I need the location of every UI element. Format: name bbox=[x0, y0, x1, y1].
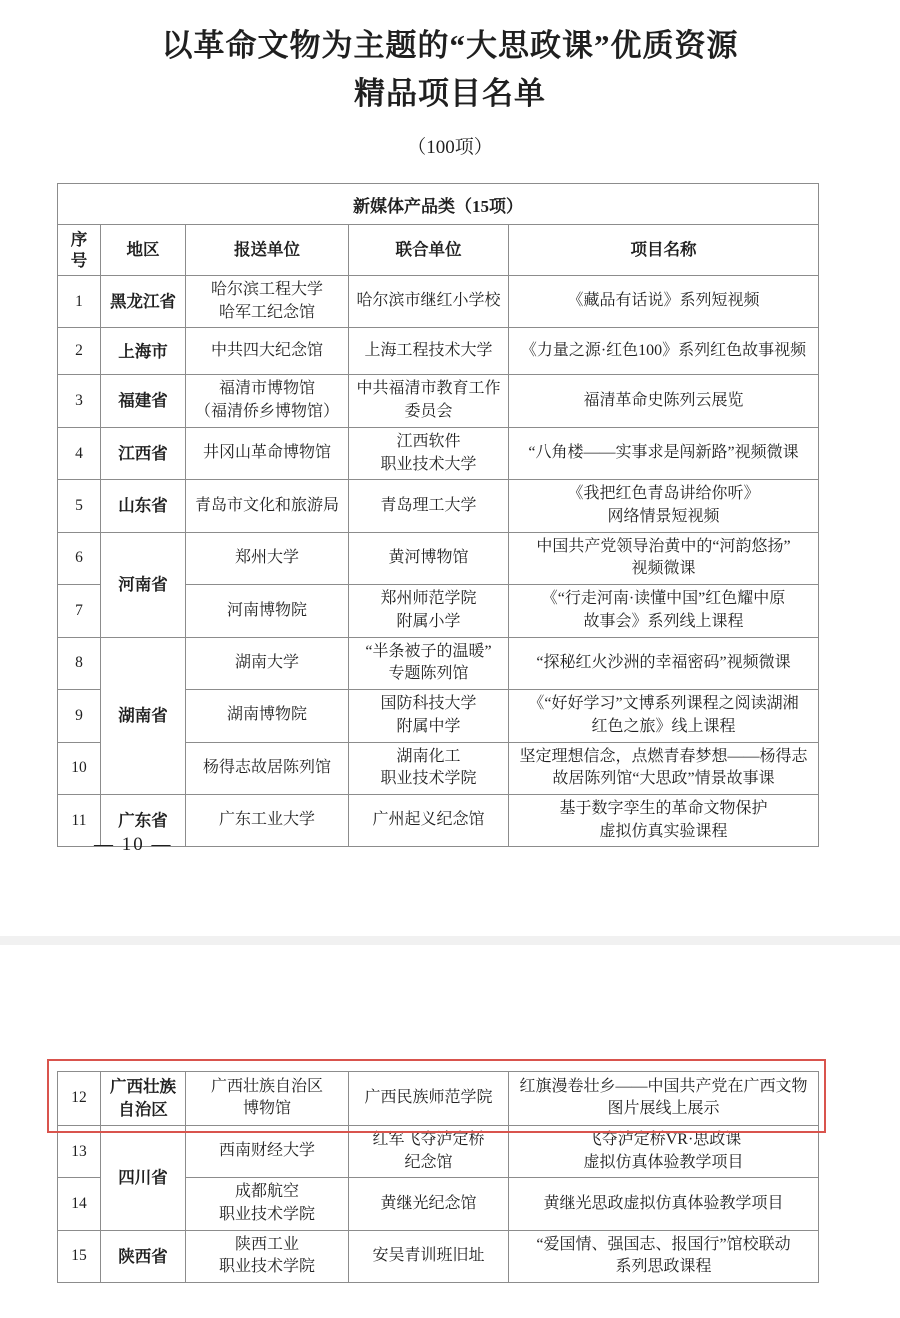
cell-project: 红旗漫卷壮乡——中国共产党在广西文物 图片展线上展示 bbox=[509, 1072, 819, 1126]
cell-joint: 安吴青训班旧址 bbox=[349, 1230, 509, 1282]
cell-project: 坚定理想信念，点燃青春梦想——杨得志 故居陈列馆“大思政”情景故事课 bbox=[509, 742, 819, 794]
cell-joint: 哈尔滨市继红小学校 bbox=[349, 276, 509, 328]
projects-table-page-10: 新媒体产品类（15项） 序 号 地区 报送单位 联合单位 项目名称 1黑龙江省哈… bbox=[57, 183, 819, 847]
cell-no: 6 bbox=[58, 532, 101, 584]
cell-no: 9 bbox=[58, 690, 101, 742]
cell-no: 12 bbox=[58, 1072, 101, 1126]
cell-no: 3 bbox=[58, 375, 101, 427]
cell-submit: 广东工业大学 bbox=[186, 794, 349, 846]
cell-region: 四川省 bbox=[101, 1125, 186, 1230]
column-header-no: 序 号 bbox=[58, 225, 101, 276]
cell-submit: 郑州大学 bbox=[186, 532, 349, 584]
cell-submit: 湖南博物院 bbox=[186, 690, 349, 742]
cell-joint: 广州起义纪念馆 bbox=[349, 794, 509, 846]
cell-project: 《力量之源·红色100》系列红色故事视频 bbox=[509, 328, 819, 375]
cell-submit: 河南博物院 bbox=[186, 585, 349, 637]
cell-no: 10 bbox=[58, 742, 101, 794]
cell-project: 中国共产党领导治黄中的“河韵悠扬” 视频微课 bbox=[509, 532, 819, 584]
cell-no: 8 bbox=[58, 637, 101, 689]
cell-joint: 江西软件 职业技术大学 bbox=[349, 427, 509, 479]
cell-project: 飞夺泸定桥VR·思政课 虚拟仿真体验教学项目 bbox=[509, 1125, 819, 1177]
cell-joint: 中共福清市教育工作 委员会 bbox=[349, 375, 509, 427]
cell-joint: 黄河博物馆 bbox=[349, 532, 509, 584]
cell-project: “八角楼——实事求是闯新路”视频微课 bbox=[509, 427, 819, 479]
table-row: 5山东省青岛市文化和旅游局青岛理工大学《我把红色青岛讲给你听》 网络情景短视频 bbox=[58, 480, 819, 532]
cell-submit: 福清市博物馆 （福清侨乡博物馆） bbox=[186, 375, 349, 427]
cell-joint: 广西民族师范学院 bbox=[349, 1072, 509, 1126]
doc-title-line2: 精品项目名单 bbox=[354, 76, 546, 111]
cell-region: 上海市 bbox=[101, 328, 186, 375]
cell-submit: 湖南大学 bbox=[186, 637, 349, 689]
projects-table-page-11: 12广西壮族 自治区广西壮族自治区 博物馆广西民族师范学院红旗漫卷壮乡——中国共… bbox=[57, 1071, 819, 1283]
column-header-joint-unit: 联合单位 bbox=[349, 225, 509, 276]
table-row: 4江西省井冈山革命博物馆江西软件 职业技术大学“八角楼——实事求是闯新路”视频微… bbox=[58, 427, 819, 479]
cell-no: 14 bbox=[58, 1178, 101, 1230]
cell-project: 福清革命史陈列云展览 bbox=[509, 375, 819, 427]
cell-submit: 青岛市文化和旅游局 bbox=[186, 480, 349, 532]
cell-region: 湖南省 bbox=[101, 637, 186, 794]
cell-joint: 国防科技大学 附属中学 bbox=[349, 690, 509, 742]
cell-region: 福建省 bbox=[101, 375, 186, 427]
cell-submit: 井冈山革命博物馆 bbox=[186, 427, 349, 479]
column-header-submit-unit: 报送单位 bbox=[186, 225, 349, 276]
column-header-row: 序 号 地区 报送单位 联合单位 项目名称 bbox=[58, 225, 819, 276]
cell-no: 5 bbox=[58, 480, 101, 532]
cell-project: 黄继光思政虚拟仿真体验教学项目 bbox=[509, 1178, 819, 1230]
cell-region: 山东省 bbox=[101, 480, 186, 532]
cell-joint: “半条被子的温暖” 专题陈列馆 bbox=[349, 637, 509, 689]
section-header: 新媒体产品类（15项） bbox=[58, 184, 819, 225]
doc-title: 以革命文物为主题的“大思政课”优质资源精品项目名单 bbox=[0, 22, 900, 118]
cell-no: 4 bbox=[58, 427, 101, 479]
cell-submit: 杨得志故居陈列馆 bbox=[186, 742, 349, 794]
cell-submit: 广西壮族自治区 博物馆 bbox=[186, 1072, 349, 1126]
cell-region: 黑龙江省 bbox=[101, 276, 186, 328]
table-row: 13四川省西南财经大学红军飞夺泸定桥 纪念馆飞夺泸定桥VR·思政课 虚拟仿真体验… bbox=[58, 1125, 819, 1177]
document-page: 以革命文物为主题的“大思政课”优质资源精品项目名单 （100项） 新媒体产品类（… bbox=[0, 0, 900, 1318]
column-header-project-name: 项目名称 bbox=[509, 225, 819, 276]
cell-project: “探秘红火沙洲的幸福密码”视频微课 bbox=[509, 637, 819, 689]
cell-joint: 郑州师范学院 附属小学 bbox=[349, 585, 509, 637]
cell-submit: 中共四大纪念馆 bbox=[186, 328, 349, 375]
cell-project: 《“行走河南·读懂中国”红色耀中原 故事会》系列线上课程 bbox=[509, 585, 819, 637]
cell-no: 15 bbox=[58, 1230, 101, 1282]
page-break-band bbox=[0, 936, 900, 945]
cell-region: 河南省 bbox=[101, 532, 186, 637]
cell-no: 7 bbox=[58, 585, 101, 637]
cell-submit: 哈尔滨工程大学 哈军工纪念馆 bbox=[186, 276, 349, 328]
cell-joint: 红军飞夺泸定桥 纪念馆 bbox=[349, 1125, 509, 1177]
cell-no: 13 bbox=[58, 1125, 101, 1177]
cell-joint: 黄继光纪念馆 bbox=[349, 1178, 509, 1230]
table-row: 8湖南省湖南大学“半条被子的温暖” 专题陈列馆“探秘红火沙洲的幸福密码”视频微课 bbox=[58, 637, 819, 689]
cell-joint: 青岛理工大学 bbox=[349, 480, 509, 532]
cell-project: 基于数字孪生的革命文物保护 虚拟仿真实验课程 bbox=[509, 794, 819, 846]
table-row: 15陕西省陕西工业 职业技术学院安吴青训班旧址“爱国情、强国志、报国行”馆校联动… bbox=[58, 1230, 819, 1282]
cell-project: 《我把红色青岛讲给你听》 网络情景短视频 bbox=[509, 480, 819, 532]
doc-title-line1: 以革命文物为主题的“大思政课”优质资源 bbox=[162, 28, 739, 63]
doc-subtitle: （100项） bbox=[0, 132, 900, 159]
cell-region: 陕西省 bbox=[101, 1230, 186, 1282]
cell-submit: 西南财经大学 bbox=[186, 1125, 349, 1177]
cell-submit: 成都航空 职业技术学院 bbox=[186, 1178, 349, 1230]
cell-project: 《“好好学习”文博系列课程之阅读湖湘 红色之旅》线上课程 bbox=[509, 690, 819, 742]
table-row: 6河南省郑州大学黄河博物馆中国共产党领导治黄中的“河韵悠扬” 视频微课 bbox=[58, 532, 819, 584]
column-header-region: 地区 bbox=[101, 225, 186, 276]
cell-project: 《藏品有话说》系列短视频 bbox=[509, 276, 819, 328]
cell-region: 广西壮族 自治区 bbox=[101, 1072, 186, 1126]
cell-submit: 陕西工业 职业技术学院 bbox=[186, 1230, 349, 1282]
cell-no: 1 bbox=[58, 276, 101, 328]
cell-no: 2 bbox=[58, 328, 101, 375]
cell-project: “爱国情、强国志、报国行”馆校联动 系列思政课程 bbox=[509, 1230, 819, 1282]
cell-joint: 湖南化工 职业技术学院 bbox=[349, 742, 509, 794]
table-row: 2上海市中共四大纪念馆上海工程技术大学《力量之源·红色100》系列红色故事视频 bbox=[58, 328, 819, 375]
section-header-row: 新媒体产品类（15项） bbox=[58, 184, 819, 225]
table-row: 1黑龙江省哈尔滨工程大学 哈军工纪念馆哈尔滨市继红小学校《藏品有话说》系列短视频 bbox=[58, 276, 819, 328]
page-number: — 10 — bbox=[94, 834, 173, 856]
cell-joint: 上海工程技术大学 bbox=[349, 328, 509, 375]
cell-region: 江西省 bbox=[101, 427, 186, 479]
table-row-highlighted: 12广西壮族 自治区广西壮族自治区 博物馆广西民族师范学院红旗漫卷壮乡——中国共… bbox=[58, 1072, 819, 1126]
table-row: 3福建省福清市博物馆 （福清侨乡博物馆）中共福清市教育工作 委员会福清革命史陈列… bbox=[58, 375, 819, 427]
